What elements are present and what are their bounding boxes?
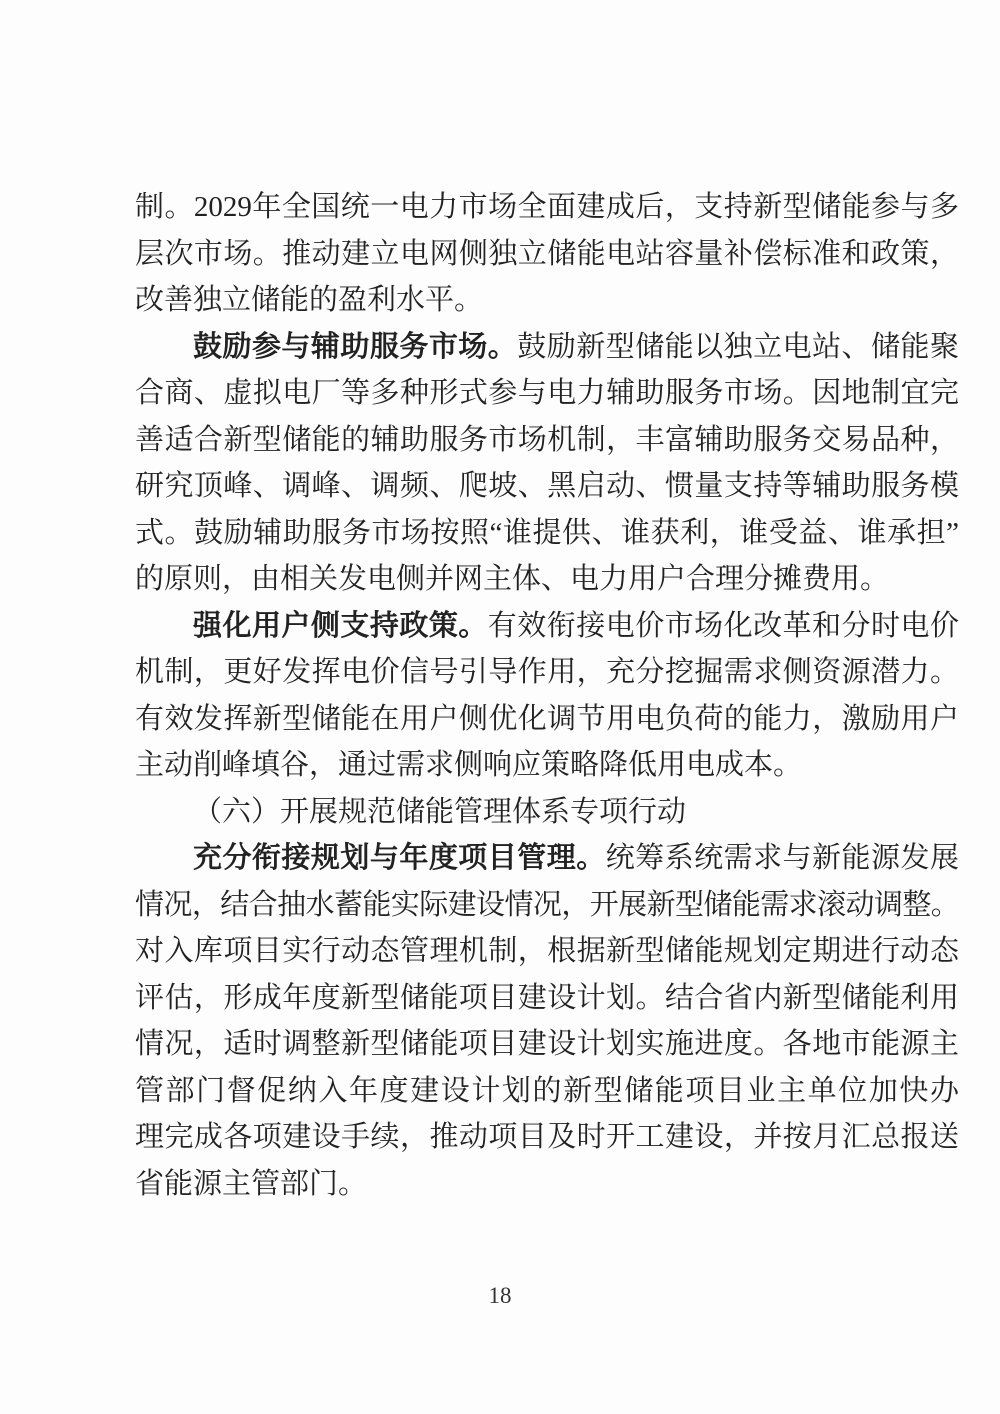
page-content: 制。2029年全国统一电力市场全面建成后，支持新型储能参与多 层次市场。推动建立… xyxy=(135,184,959,1207)
line-text: 对入库项目实行动态管理机制，根据新型储能规划定期进行动态 xyxy=(135,935,959,967)
text-line: 机制，更好发挥电价信号引导作用，充分挖掘需求侧资源潜力。 xyxy=(135,649,959,696)
text-line: 对入库项目实行动态管理机制，根据新型储能规划定期进行动态 xyxy=(135,928,959,975)
line-text: 情况，适时调整新型储能项目建设计划实施进度。各地市能源主 xyxy=(135,1028,959,1060)
bold-lead: 鼓励参与辅助服务市场。 xyxy=(193,331,517,363)
text-line: 强化用户侧支持政策。有效衔接电价市场化改革和分时电价 xyxy=(135,603,959,650)
text-line: 评估，形成年度新型储能项目建设计划。结合省内新型储能利用 xyxy=(135,975,959,1022)
text-line: 善适合新型储能的辅助服务市场机制，丰富辅助服务交易品种， xyxy=(135,417,959,464)
line-text: 式。鼓励辅助服务市场按照“谁提供、谁获利，谁受益、谁承担” xyxy=(135,517,959,549)
line-text: 省能源主管部门。 xyxy=(135,1168,367,1200)
line-text: 主动削峰填谷，通过需求侧响应策略降低用电成本。 xyxy=(135,749,802,781)
text-line: 鼓励参与辅助服务市场。鼓励新型储能以独立电站、储能聚 xyxy=(135,324,959,371)
text-line: 改善独立储能的盈利水平。 xyxy=(135,277,959,324)
line-text: 理完成各项建设手续，推动项目及时开工建设，并按月汇总报送 xyxy=(135,1121,959,1153)
bold-lead: 强化用户侧支持政策。 xyxy=(193,610,488,642)
line-text: 鼓励新型储能以独立电站、储能聚 xyxy=(517,331,959,363)
line-text: 层次市场。推动建立电网侧独立储能电站容量补偿标准和政策， xyxy=(135,238,959,270)
text-line: 研究顶峰、调峰、调频、爬坡、黑启动、惯量支持等辅助服务模 xyxy=(135,463,959,510)
line-text: 研究顶峰、调峰、调频、爬坡、黑启动、惯量支持等辅助服务模 xyxy=(135,470,959,502)
line-text: 的原则，由相关发电侧并网主体、电力用户合理分摊费用。 xyxy=(135,563,889,595)
text-line: 情况，适时调整新型储能项目建设计划实施进度。各地市能源主 xyxy=(135,1021,959,1068)
line-text: 改善独立储能的盈利水平。 xyxy=(135,284,483,316)
text-line: 制。2029年全国统一电力市场全面建成后，支持新型储能参与多 xyxy=(135,184,959,231)
line-text: 善适合新型储能的辅助服务市场机制，丰富辅助服务交易品种， xyxy=(135,424,959,456)
line-text: 评估，形成年度新型储能项目建设计划。结合省内新型储能利用 xyxy=(135,982,959,1014)
text-line: 充分衔接规划与年度项目管理。统筹系统需求与新能源发展 xyxy=(135,835,959,882)
text-line: 式。鼓励辅助服务市场按照“谁提供、谁获利，谁受益、谁承担” xyxy=(135,510,959,557)
document-page: 制。2029年全国统一电力市场全面建成后，支持新型储能参与多 层次市场。推动建立… xyxy=(0,0,1000,1414)
line-text: 机制，更好发挥电价信号引导作用，充分挖掘需求侧资源潜力。 xyxy=(135,656,959,688)
section-heading: （六）开展规范储能管理体系专项行动 xyxy=(135,789,959,836)
line-text: 有效发挥新型储能在用户侧优化调节用电负荷的能力，激励用户 xyxy=(135,703,959,735)
line-text: 统筹系统需求与新能源发展 xyxy=(606,842,959,874)
text-line: 理完成各项建设手续，推动项目及时开工建设，并按月汇总报送 xyxy=(135,1114,959,1161)
text-line: 有效发挥新型储能在用户侧优化调节用电负荷的能力，激励用户 xyxy=(135,696,959,743)
text-line: 省能源主管部门。 xyxy=(135,1161,959,1208)
line-text: 管部门督促纳入年度建设计划的新型储能项目业主单位加快办 xyxy=(135,1075,959,1107)
text-line: 的原则，由相关发电侧并网主体、电力用户合理分摊费用。 xyxy=(135,556,959,603)
text-line: 主动削峰填谷，通过需求侧响应策略降低用电成本。 xyxy=(135,742,959,789)
text-line: 层次市场。推动建立电网侧独立储能电站容量补偿标准和政策， xyxy=(135,231,959,278)
line-text: 情况，结合抽水蓄能实际建设情况，开展新型储能需求滚动调整。 xyxy=(135,889,959,921)
line-text: 制。2029年全国统一电力市场全面建成后，支持新型储能参与多 xyxy=(135,191,959,223)
page-number: 18 xyxy=(0,1283,1000,1309)
text-line: 情况，结合抽水蓄能实际建设情况，开展新型储能需求滚动调整。 xyxy=(135,882,959,929)
bold-lead: 充分衔接规划与年度项目管理。 xyxy=(193,842,606,874)
text-line: 管部门督促纳入年度建设计划的新型储能项目业主单位加快办 xyxy=(135,1068,959,1115)
line-text: 有效衔接电价市场化改革和分时电价 xyxy=(488,610,959,642)
line-text: 合商、虚拟电厂等多种形式参与电力辅助服务市场。因地制宜完 xyxy=(135,377,959,409)
line-text: （六）开展规范储能管理体系专项行动 xyxy=(193,796,686,828)
text-line: 合商、虚拟电厂等多种形式参与电力辅助服务市场。因地制宜完 xyxy=(135,370,959,417)
